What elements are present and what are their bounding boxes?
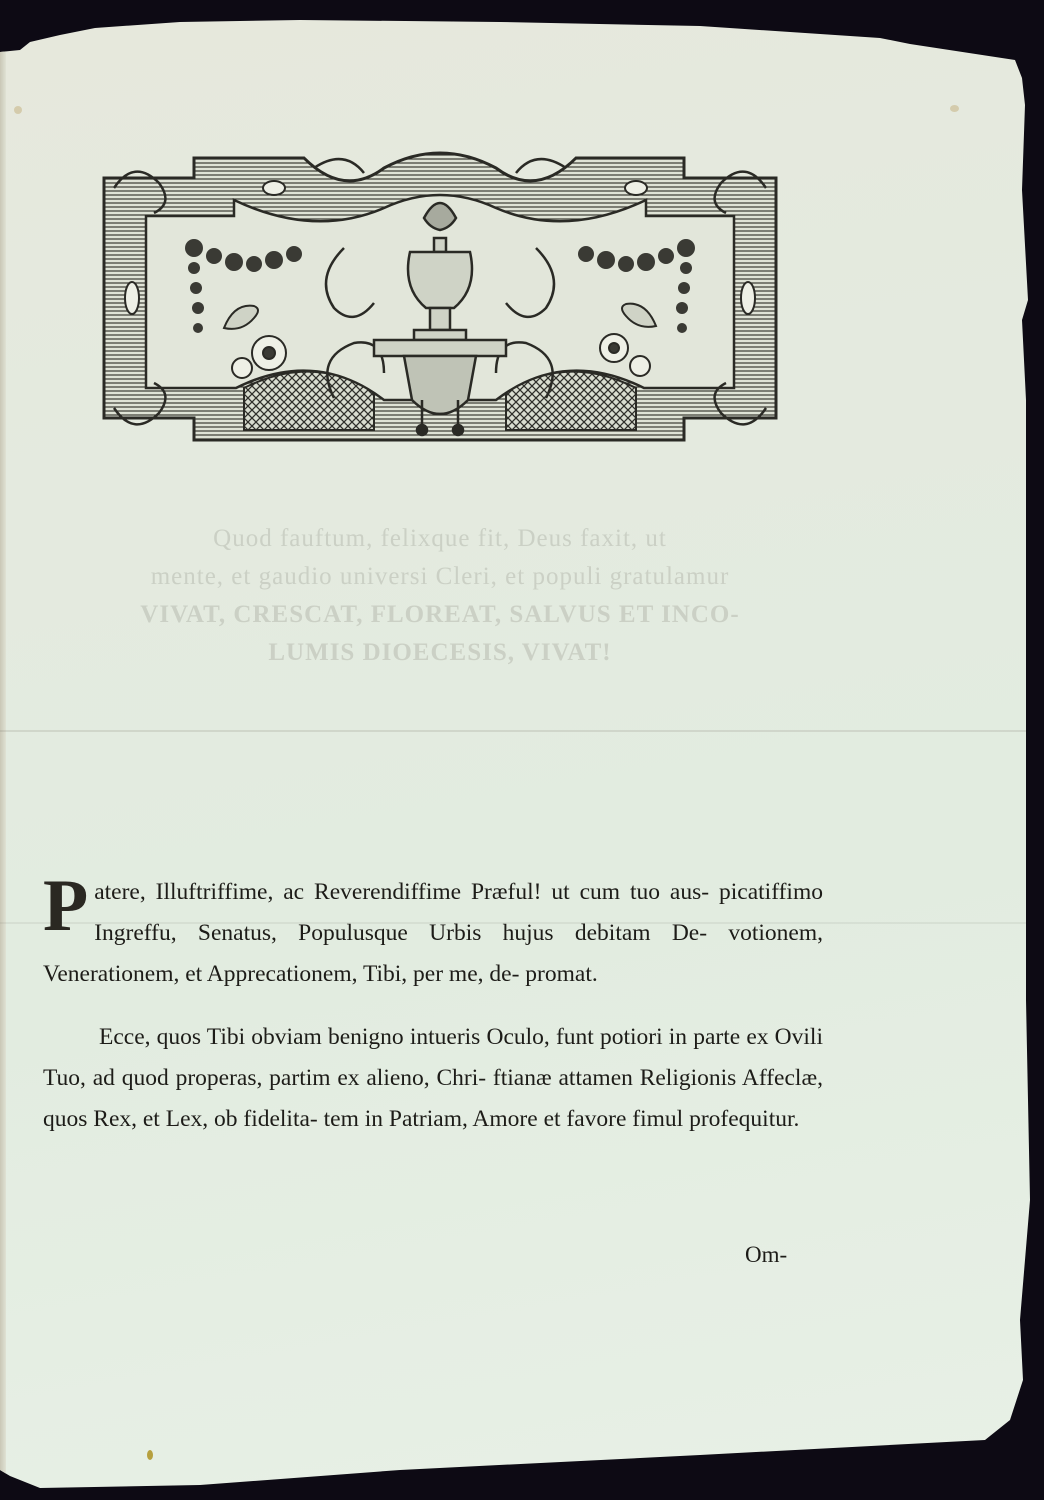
foxing-spot [950, 105, 959, 112]
bleed-line: mente, et gaudio universi Cleri, et popu… [60, 558, 820, 596]
bleed-through-text: Quod fauftum, felixque fit, Deus faxit, … [60, 520, 820, 672]
catchword: Om- [745, 1242, 787, 1268]
paragraph-1: Patere, Illuftriffime, ac Reverendiffime… [43, 872, 823, 995]
paragraph-2: Ecce, quos Tibi obviam benigno intueris … [43, 1017, 823, 1140]
bleed-line: Quod fauftum, felixque fit, Deus faxit, … [60, 520, 820, 558]
document-page: Quod fauftum, felixque fit, Deus faxit, … [0, 0, 1044, 1500]
ornament-headpiece-image [84, 138, 796, 460]
bleed-line: VIVAT, CRESCAT, FLOREAT, SALVUS ET INCO- [60, 596, 820, 634]
drop-cap: P [43, 876, 88, 936]
binding-edge [0, 40, 6, 1480]
paragraph-1-text: atere, Illuftriffime, ac Reverendiffime … [43, 879, 823, 987]
foxing-spot [14, 106, 22, 114]
bleed-line: LUMIS DIOECESIS, VIVAT! [60, 634, 820, 672]
fold-crease [0, 730, 1030, 732]
body-text: Patere, Illuftriffime, ac Reverendiffime… [43, 872, 823, 1140]
foxing-spot [147, 1450, 153, 1460]
